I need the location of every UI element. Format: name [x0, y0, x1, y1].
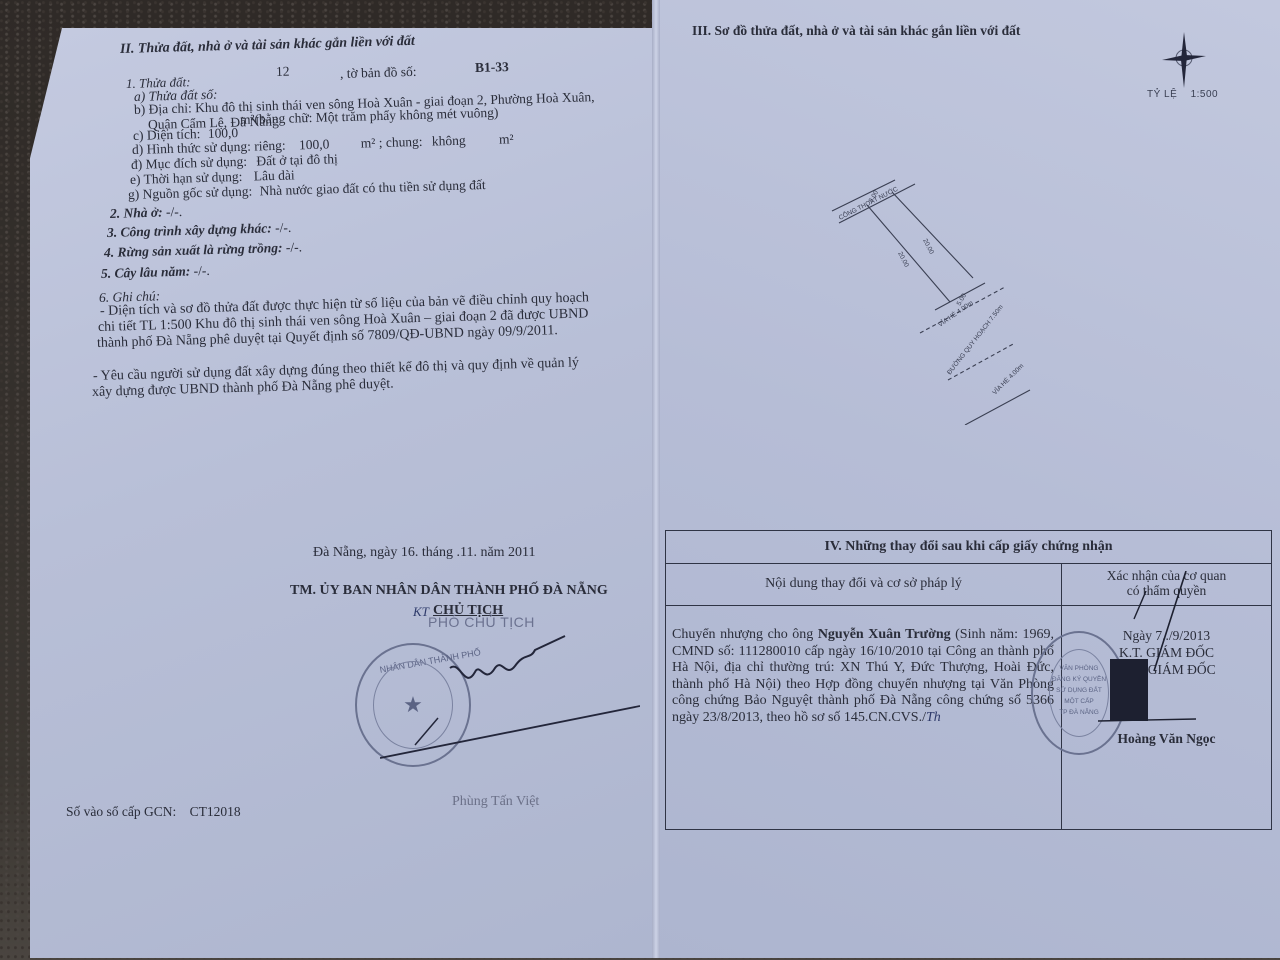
register-number: CT12018 — [190, 804, 241, 819]
section-title-iii: III. Sơ đồ thửa đất, nhà ở và tài sản kh… — [692, 23, 1020, 39]
usage-shared-label: m² ; chung: — [361, 134, 423, 151]
item-label: 3. Công trình xây dựng khác: — [107, 220, 272, 240]
map-sheet-number: B1-33 — [475, 59, 509, 76]
register-label: Số vào sổ cấp GCN: — [66, 804, 176, 819]
changes-table-title: IV. Những thay đổi sau khi cấp giấy chứn… — [666, 531, 1271, 564]
col-header-content: Nội dung thay đổi và cơ sở pháp lý — [666, 563, 1061, 605]
entry-prefix: Chuyển nhượng cho ông — [672, 627, 818, 642]
usage-private-value: 100,0 — [299, 136, 330, 152]
entry-handwritten-mark: Th — [926, 710, 941, 725]
handwritten-kt: KT — [413, 604, 429, 620]
item-value: -/-. — [275, 220, 292, 235]
scale-label: TỶ LỆ — [1147, 89, 1177, 100]
signature-chairman — [380, 630, 640, 760]
plan-label-length-right: 20.00 — [921, 238, 935, 256]
stamped-title: PHÓ CHỦ TỊCH — [428, 614, 535, 630]
purpose-value: Đất ở tại đô thị — [256, 151, 338, 168]
changes-table: IV. Những thay đổi sau khi cấp giấy chứn… — [665, 530, 1272, 830]
item-label: 5. Cây lâu năm: — [101, 264, 191, 281]
address-label: b) Địa chỉ: — [134, 100, 192, 117]
entry-person: Nguyễn Xuân Trường — [818, 627, 951, 642]
item-perennial-trees: 5. Cây lâu năm: -/-. — [101, 263, 210, 282]
change-entry-text: Chuyển nhượng cho ông Nguyễn Xuân Trường… — [672, 627, 1054, 726]
north-arrow-icon — [1160, 32, 1208, 88]
signer-name: Phùng Tấn Việt — [452, 794, 539, 810]
item-label: 2. Nhà ở: — [110, 205, 163, 221]
scale-value: 1:500 — [1191, 89, 1219, 100]
register-row: Số vào sổ cấp GCN: CT12018 — [66, 804, 241, 820]
plan-label-sidewalk-2: VỈA HÈ 4.00m — [990, 361, 1025, 396]
signing-date: Đà Nẵng, ngày 16. tháng .11. năm 2011 — [313, 545, 536, 561]
item-value: -/-. — [193, 263, 210, 278]
map-sheet-label: , tờ bản đồ số: — [340, 64, 417, 82]
page-fold — [652, 0, 660, 958]
origin-label: g) Nguồn gốc sử dụng: — [128, 184, 253, 202]
item-house: 2. Nhà ở: -/-. — [110, 204, 183, 222]
usage-private-label: riêng: — [254, 138, 286, 154]
term-value: Lâu dài — [254, 167, 295, 183]
scale-readout: TỶ LỆ 1:500 — [1147, 89, 1218, 100]
signature-vice-director — [1076, 571, 1206, 751]
usage-shared-value: không — [432, 133, 466, 149]
item-value: -/-. — [166, 204, 183, 219]
parcel-number: 12 — [276, 64, 290, 80]
signing-authority: TM. ỦY BAN NHÂN DÂN THÀNH PHỐ ĐÀ NẴNG — [290, 583, 608, 599]
parcel-plan: CỐNG THOÁT NƯỚC 5.00 20.00 20.00 5.00 VỈ… — [820, 175, 1050, 425]
item-value: -/-. — [286, 239, 303, 254]
usage-unit: m² — [499, 131, 514, 146]
plan-label-top-road: CỐNG THOÁT NƯỚC — [836, 183, 899, 222]
